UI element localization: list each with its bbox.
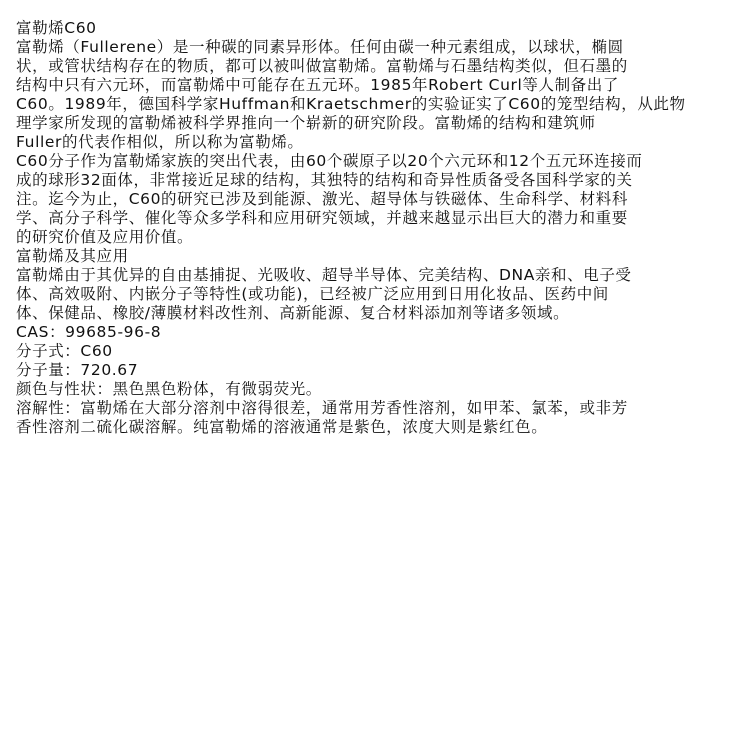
applications-paragraph: 富勒烯由于其优异的自由基捕捉、光吸收、超导半导体、完美结构、DNA亲和、电子受 … bbox=[16, 266, 728, 323]
document-title: 富勒烯C60 bbox=[16, 19, 728, 38]
paragraph-line: 注。迄今为止，C60的研究已涉及到能源、激光、超导体与铁磁体、生命科学、材料科 bbox=[16, 190, 728, 209]
paragraph-line: 理学家所发现的富勒烯被科学界推向一个崭新的研究阶段。富勒烯的结构和建筑师 bbox=[16, 114, 728, 133]
paragraph-line: 体、高效吸附、内嵌分子等特性(或功能)，已经被广泛应用到日用化妆品、医药中间 bbox=[16, 285, 728, 304]
paragraph-line: C60。1989年，德国科学家Huffman和Kraetschmer的实验证实了… bbox=[16, 95, 728, 114]
property-formula: 分子式：C60 bbox=[16, 342, 728, 361]
applications-heading: 富勒烯及其应用 bbox=[16, 247, 728, 266]
paragraph-line: 富勒烯由于其优异的自由基捕捉、光吸收、超导半导体、完美结构、DNA亲和、电子受 bbox=[16, 266, 728, 285]
paragraph-line: 状，或管状结构存在的物质，都可以被叫做富勒烯。富勒烯与石墨结构类似，但石墨的 bbox=[16, 57, 728, 76]
intro-paragraph: 富勒烯（Fullerene）是一种碳的同素异形体。任何由碳一种元素组成，以球状，… bbox=[16, 38, 728, 152]
c60-paragraph: C60分子作为富勒烯家族的突出代表，由60个碳原子以20个六元环和12个五元环连… bbox=[16, 152, 728, 247]
properties-list: CAS：99685-96-8 分子式：C60 分子量：720.67 颜色与性状：… bbox=[16, 323, 728, 437]
paragraph-line: 富勒烯（Fullerene）是一种碳的同素异形体。任何由碳一种元素组成，以球状，… bbox=[16, 38, 728, 57]
property-solubility-line: 溶解性：富勒烯在大部分溶剂中溶得很差，通常用芳香性溶剂，如甲苯、氯苯，或非芳 bbox=[16, 399, 728, 418]
paragraph-line: Fuller的代表作相似，所以称为富勒烯。 bbox=[16, 133, 728, 152]
property-cas: CAS：99685-96-8 bbox=[16, 323, 728, 342]
document-body: 富勒烯C60 富勒烯（Fullerene）是一种碳的同素异形体。任何由碳一种元素… bbox=[16, 19, 728, 437]
paragraph-line: 学、高分子科学、催化等众多学科和应用研究领域，并越来越显示出巨大的潜力和重要 bbox=[16, 209, 728, 228]
paragraph-line: 结构中只有六元环，而富勒烯中可能存在五元环。1985年Robert Curl等人… bbox=[16, 76, 728, 95]
property-solubility-line: 香性溶剂二硫化碳溶解。纯富勒烯的溶液通常是紫色，浓度大则是紫红色。 bbox=[16, 418, 728, 437]
paragraph-line: 体、保健品、橡胶/薄膜材料改性剂、高新能源、复合材料添加剂等诸多领域。 bbox=[16, 304, 728, 323]
paragraph-line: 成的球形32面体，非常接近足球的结构，其独特的结构和奇异性质备受各国科学家的关 bbox=[16, 171, 728, 190]
paragraph-line: C60分子作为富勒烯家族的突出代表，由60个碳原子以20个六元环和12个五元环连… bbox=[16, 152, 728, 171]
property-appearance: 颜色与性状：黑色黑色粉体，有微弱荧光。 bbox=[16, 380, 728, 399]
paragraph-line: 的研究价值及应用价值。 bbox=[16, 228, 728, 247]
property-molecular-weight: 分子量：720.67 bbox=[16, 361, 728, 380]
